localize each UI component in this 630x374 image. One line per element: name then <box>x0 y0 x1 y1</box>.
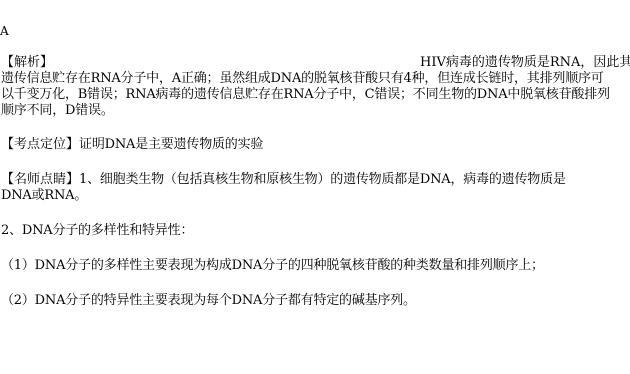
mingshi-line-2: DNA或RNA。 <box>1 188 629 204</box>
item2-sub1: （1）DNA分子的多样性主要表现为构成DNA分子的四种脱氧核苷酸的种类数量和排列… <box>1 258 629 274</box>
item2-sub2: （2）DNA分子的特异性主要表现为每个DNA分子都有特定的碱基序列。 <box>1 293 629 309</box>
kaodian-heading: 【考点定位】 <box>1 137 79 152</box>
mingshi-heading: 【名师点睛】 <box>1 172 79 187</box>
item2-title: 2、DNA分子的多样性和特异性： <box>1 223 629 239</box>
mingshi-section: 【名师点睛】1、细胞类生物（包括真核生物和原核生物）的遗传物质都是DNA，病毒的… <box>1 172 629 204</box>
kaodian-text: 证明DNA是主要遗传物质的实验 <box>79 137 263 152</box>
mingshi-line-1: 1、细胞类生物（包括真核生物和原核生物）的遗传物质都是DNA，病毒的遗传物质是 <box>79 172 566 187</box>
analysis-body: 遗传信息贮存在RNA分子中，A正确；虽然组成DNA的脱氧核苷酸只有4种，但连成长… <box>1 71 629 119</box>
analysis-line-1: 遗传信息贮存在RNA分子中，A正确；虽然组成DNA的脱氧核苷酸只有4种，但连成长… <box>1 71 629 87</box>
analysis-heading: 【解析】 <box>1 55 53 71</box>
analysis-line-3: 顺序不同，D错误。 <box>1 103 629 119</box>
analysis-line-2: 以千变万化，B错误；RNA病毒的遗传信息贮存在RNA分子中，C错误；不同生物的D… <box>1 87 629 103</box>
analysis-first-line: HIV病毒的遗传物质是RNA，因此其 <box>420 55 630 71</box>
kaodian-section: 【考点定位】证明DNA是主要遗传物质的实验 <box>1 137 629 153</box>
answer-text: A <box>0 23 9 39</box>
